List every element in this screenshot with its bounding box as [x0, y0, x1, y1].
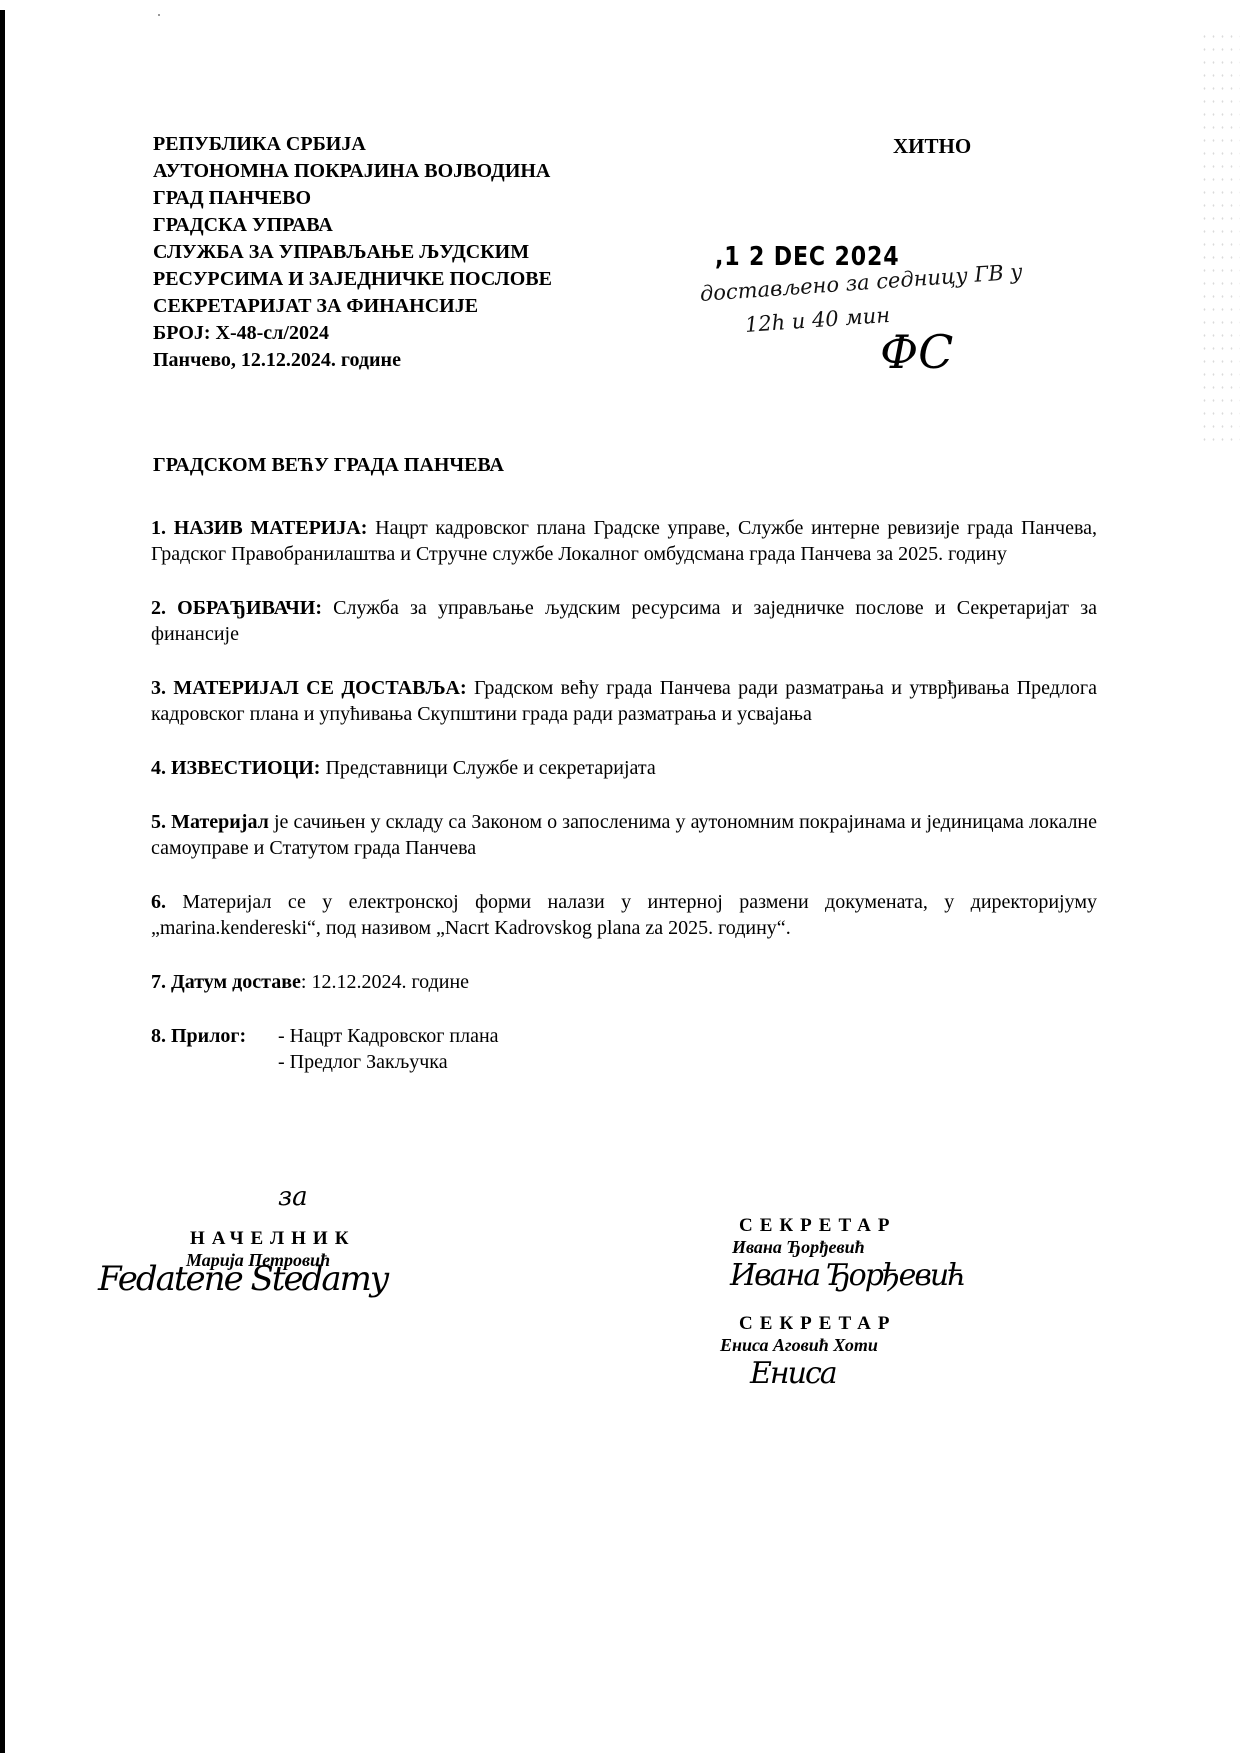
item-delivery-date: 7. Датум доставе: 12.12.2024. године: [151, 969, 1097, 995]
signatory-title: СЕКРЕТАР: [739, 1215, 965, 1237]
handwritten-signature: Fedatene Stedamy: [98, 1259, 387, 1299]
header-line: СЕКРЕТАРИЈАТ ЗА ФИНАНСИЈЕ: [153, 293, 552, 320]
header-line: ГРАД ПАНЧЕВО: [153, 185, 552, 212]
handwritten-time: 12h и 40 мин: [744, 303, 891, 337]
reference-number: БРОЈ: Х-48-сл/2024: [153, 320, 552, 347]
item-delivered-to: 3. МАТЕРИЈАЛ СЕ ДОСТАВЉА: Градском већу …: [151, 675, 1097, 727]
header-line: РЕСУРСИМА И ЗАЈЕДНИЧКЕ ПОСЛОВЕ: [153, 266, 552, 293]
recipient: ГРАДСКОМ ВЕЋУ ГРАДА ПАНЧЕВА: [153, 454, 504, 477]
item-rapporteurs: 4. ИЗВЕСТИОЦИ: Представници Службе и сек…: [151, 755, 1097, 781]
signatory-title: НАЧЕЛНИК: [190, 1228, 387, 1250]
header-line: АУТОНОМНА ПОКРАЈИНА ВОЈВОДИНА: [153, 158, 552, 185]
signature-secretary-2: СЕКРЕТАР Ениса Аговић Хоти Ениса: [720, 1313, 965, 1391]
items-list: 1. НАЗИВ МАТЕРИЈА: Нацрт кадровског план…: [151, 515, 1097, 1103]
item-legal-basis: 5. Материјал је сачињен у складу са Зако…: [151, 809, 1097, 861]
signatory-name: Ивана Ђорђевић: [732, 1237, 965, 1258]
signature-block-head: за НАЧЕЛНИК Марија Петровић Fedatene Ste…: [190, 1182, 387, 1299]
document-date: Панчево, 12.12.2024. године: [153, 347, 552, 374]
signature-block-secretaries: СЕКРЕТАР Ивана Ђорђевић Ивана Ђорђевић С…: [720, 1215, 965, 1391]
item-attachments: 8. Прилог: - Нацрт Кадровског плана - Пр…: [151, 1023, 1097, 1075]
handwritten-signature: Ивана Ђорђевић: [730, 1258, 965, 1293]
urgent-label: ХИТНО: [893, 134, 971, 159]
scan-edge: [0, 10, 5, 1753]
handwritten-initials: ФС: [880, 325, 953, 379]
header-line: СЛУЖБА ЗА УПРАВЉАЊЕ ЉУДСКИМ: [153, 239, 552, 266]
on-behalf-prefix: за: [278, 1182, 308, 1212]
scan-speck: [158, 14, 160, 16]
letterhead: РЕПУБЛИКА СРБИЈА АУТОНОМНА ПОКРАЈИНА ВОЈ…: [153, 131, 552, 374]
header-line: ГРАДСКА УПРАВА: [153, 212, 552, 239]
signatory-name: Ениса Аговић Хоти: [720, 1335, 965, 1356]
signature-secretary-1: СЕКРЕТАР Ивана Ђорђевић Ивана Ђорђевић: [720, 1215, 965, 1293]
header-line: РЕПУБЛИКА СРБИЈА: [153, 131, 552, 158]
item-electronic-location: 6. Материјал се у електронској форми нал…: [151, 889, 1097, 941]
item-material-name: 1. НАЗИВ МАТЕРИЈА: Нацрт кадровског план…: [151, 515, 1097, 567]
signatory-title: СЕКРЕТАР: [739, 1313, 965, 1335]
received-date-stamp: ,1 2 DEC 2024: [715, 242, 899, 272]
scan-noise: [1200, 30, 1240, 450]
handwritten-signature: Ениса: [750, 1356, 965, 1391]
attachment-item: - Предлог Закључка: [278, 1049, 499, 1075]
attachment-item: - Нацрт Кадровског плана: [278, 1023, 499, 1049]
item-processors: 2. ОБРАЂИВАЧИ: Служба за управљање људск…: [151, 595, 1097, 647]
